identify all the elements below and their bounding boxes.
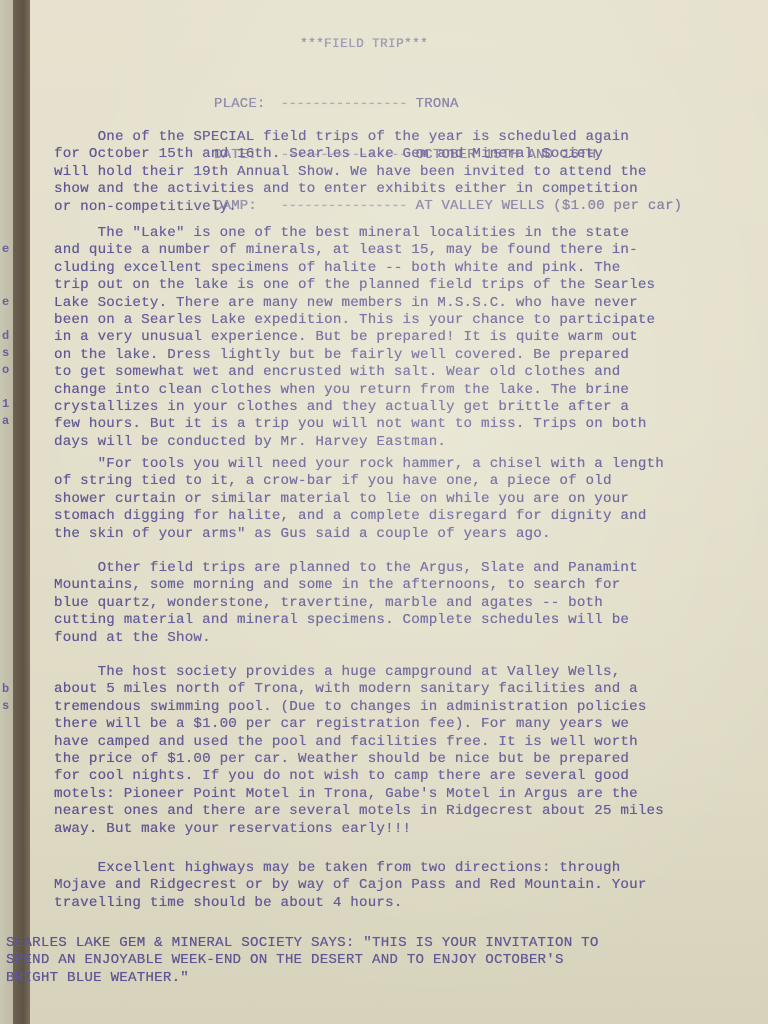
text-line: have camped and used the pool and facili…	[54, 734, 664, 751]
text-line: there will be a $1.00 per car registrati…	[54, 716, 664, 733]
text-line: motels: Pioneer Point Motel in Trona, Ga…	[54, 786, 664, 803]
facing-page-letter: s	[2, 347, 9, 359]
document-title: ***FIELD TRIP***	[300, 35, 428, 52]
text-line: BRIGHT BLUE WEATHER."	[6, 970, 599, 987]
text-line: Mountains, some morning and some in the …	[54, 577, 638, 594]
text-line: Other field trips are planned to the Arg…	[54, 560, 638, 577]
text-line: show and the activities and to enter exh…	[54, 181, 647, 198]
text-line: the price of $1.00 per car. Weather shou…	[54, 751, 664, 768]
text-line: The "Lake" is one of the best mineral lo…	[54, 225, 655, 242]
text-line: SEARLES LAKE GEM & MINERAL SOCIETY SAYS:…	[6, 935, 599, 952]
facing-page-letter: d	[2, 330, 9, 342]
text-line: or non-competitively.	[54, 199, 647, 216]
text-line: crystallizes in your clothes and they ac…	[54, 399, 655, 416]
detail-row-place: PLACE: ---------------- TRONA	[214, 96, 682, 113]
text-line: days will be conducted by Mr. Harvey Eas…	[54, 434, 655, 451]
text-line: Mojave and Ridgecrest or by way of Cajon…	[54, 877, 647, 894]
binding-gutter	[13, 0, 30, 1024]
facing-page-letter: a	[2, 415, 9, 427]
text-line: will hold their 19th Annual Show. We hav…	[54, 164, 647, 181]
text-line: change into clean clothes when you retur…	[54, 382, 655, 399]
paragraph-other-trips: Other field trips are planned to the Arg…	[54, 560, 638, 647]
paragraph-highways: Excellent highways may be taken from two…	[54, 860, 647, 912]
text-line: to get somewhat wet and encrusted with s…	[54, 364, 655, 381]
text-line: tremendous swimming pool. (Due to change…	[54, 699, 664, 716]
text-line: One of the SPECIAL field trips of the ye…	[54, 129, 647, 146]
facing-page-edge	[0, 0, 14, 1024]
typed-page: ***FIELD TRIP*** PLACE: ----------------…	[30, 0, 768, 1024]
text-line: cluding excellent specimens of halite --…	[54, 260, 655, 277]
text-line: Excellent highways may be taken from two…	[54, 860, 647, 877]
facing-page-letter: s	[2, 700, 9, 712]
text-line: of string tied to it, a crow-bar if you …	[54, 473, 664, 490]
text-line: and quite a number of minerals, at least…	[54, 242, 655, 259]
text-line: the skin of your arms" as Gus said a cou…	[54, 526, 664, 543]
text-line: The host society provides a huge campgro…	[54, 664, 664, 681]
text-line: in a very unusual experience. But be pre…	[54, 329, 655, 346]
text-line: found at the Show.	[54, 630, 638, 647]
paragraph-lake-description: The "Lake" is one of the best mineral lo…	[54, 225, 655, 451]
paragraph-tools-quote: "For tools you will need your rock hamme…	[54, 456, 664, 543]
facing-page-letter: o	[2, 364, 9, 376]
closing-invitation: SEARLES LAKE GEM & MINERAL SOCIETY SAYS:…	[6, 935, 599, 987]
facing-page-letter: b	[2, 683, 9, 695]
text-line: Lake Society. There are many new members…	[54, 295, 655, 312]
paragraph-campground: The host society provides a huge campgro…	[54, 664, 664, 838]
text-line: for cool nights. If you do not wish to c…	[54, 768, 664, 785]
text-line: for October 15th and 16th. Searles Lake …	[54, 146, 647, 163]
text-line: "For tools you will need your rock hamme…	[54, 456, 664, 473]
text-line: away. But make your reservations early!!…	[54, 821, 664, 838]
text-line: trip out on the lake is one of the plann…	[54, 277, 655, 294]
text-line: shower curtain or similar material to li…	[54, 491, 664, 508]
text-line: few hours. But it is a trip you will not…	[54, 416, 655, 433]
facing-page-letter: e	[2, 243, 9, 255]
text-line: on the lake. Dress lightly but be fairly…	[54, 347, 655, 364]
text-line: stomach digging for halite, and a comple…	[54, 508, 664, 525]
text-line: cutting material and mineral specimens. …	[54, 612, 638, 629]
text-line: been on a Searles Lake expedition. This …	[54, 312, 655, 329]
text-line: nearest ones and there are several motel…	[54, 803, 664, 820]
text-line: SPEND AN ENJOYABLE WEEK-END ON THE DESER…	[6, 952, 599, 969]
text-line: travelling time should be about 4 hours.	[54, 895, 647, 912]
facing-page-letter: 1	[2, 398, 9, 410]
facing-page-letter: e	[2, 296, 9, 308]
text-line: blue quartz, wonderstone, travertine, ma…	[54, 595, 638, 612]
text-line: about 5 miles north of Trona, with moder…	[54, 681, 664, 698]
paragraph-show-invitation: One of the SPECIAL field trips of the ye…	[54, 129, 647, 216]
